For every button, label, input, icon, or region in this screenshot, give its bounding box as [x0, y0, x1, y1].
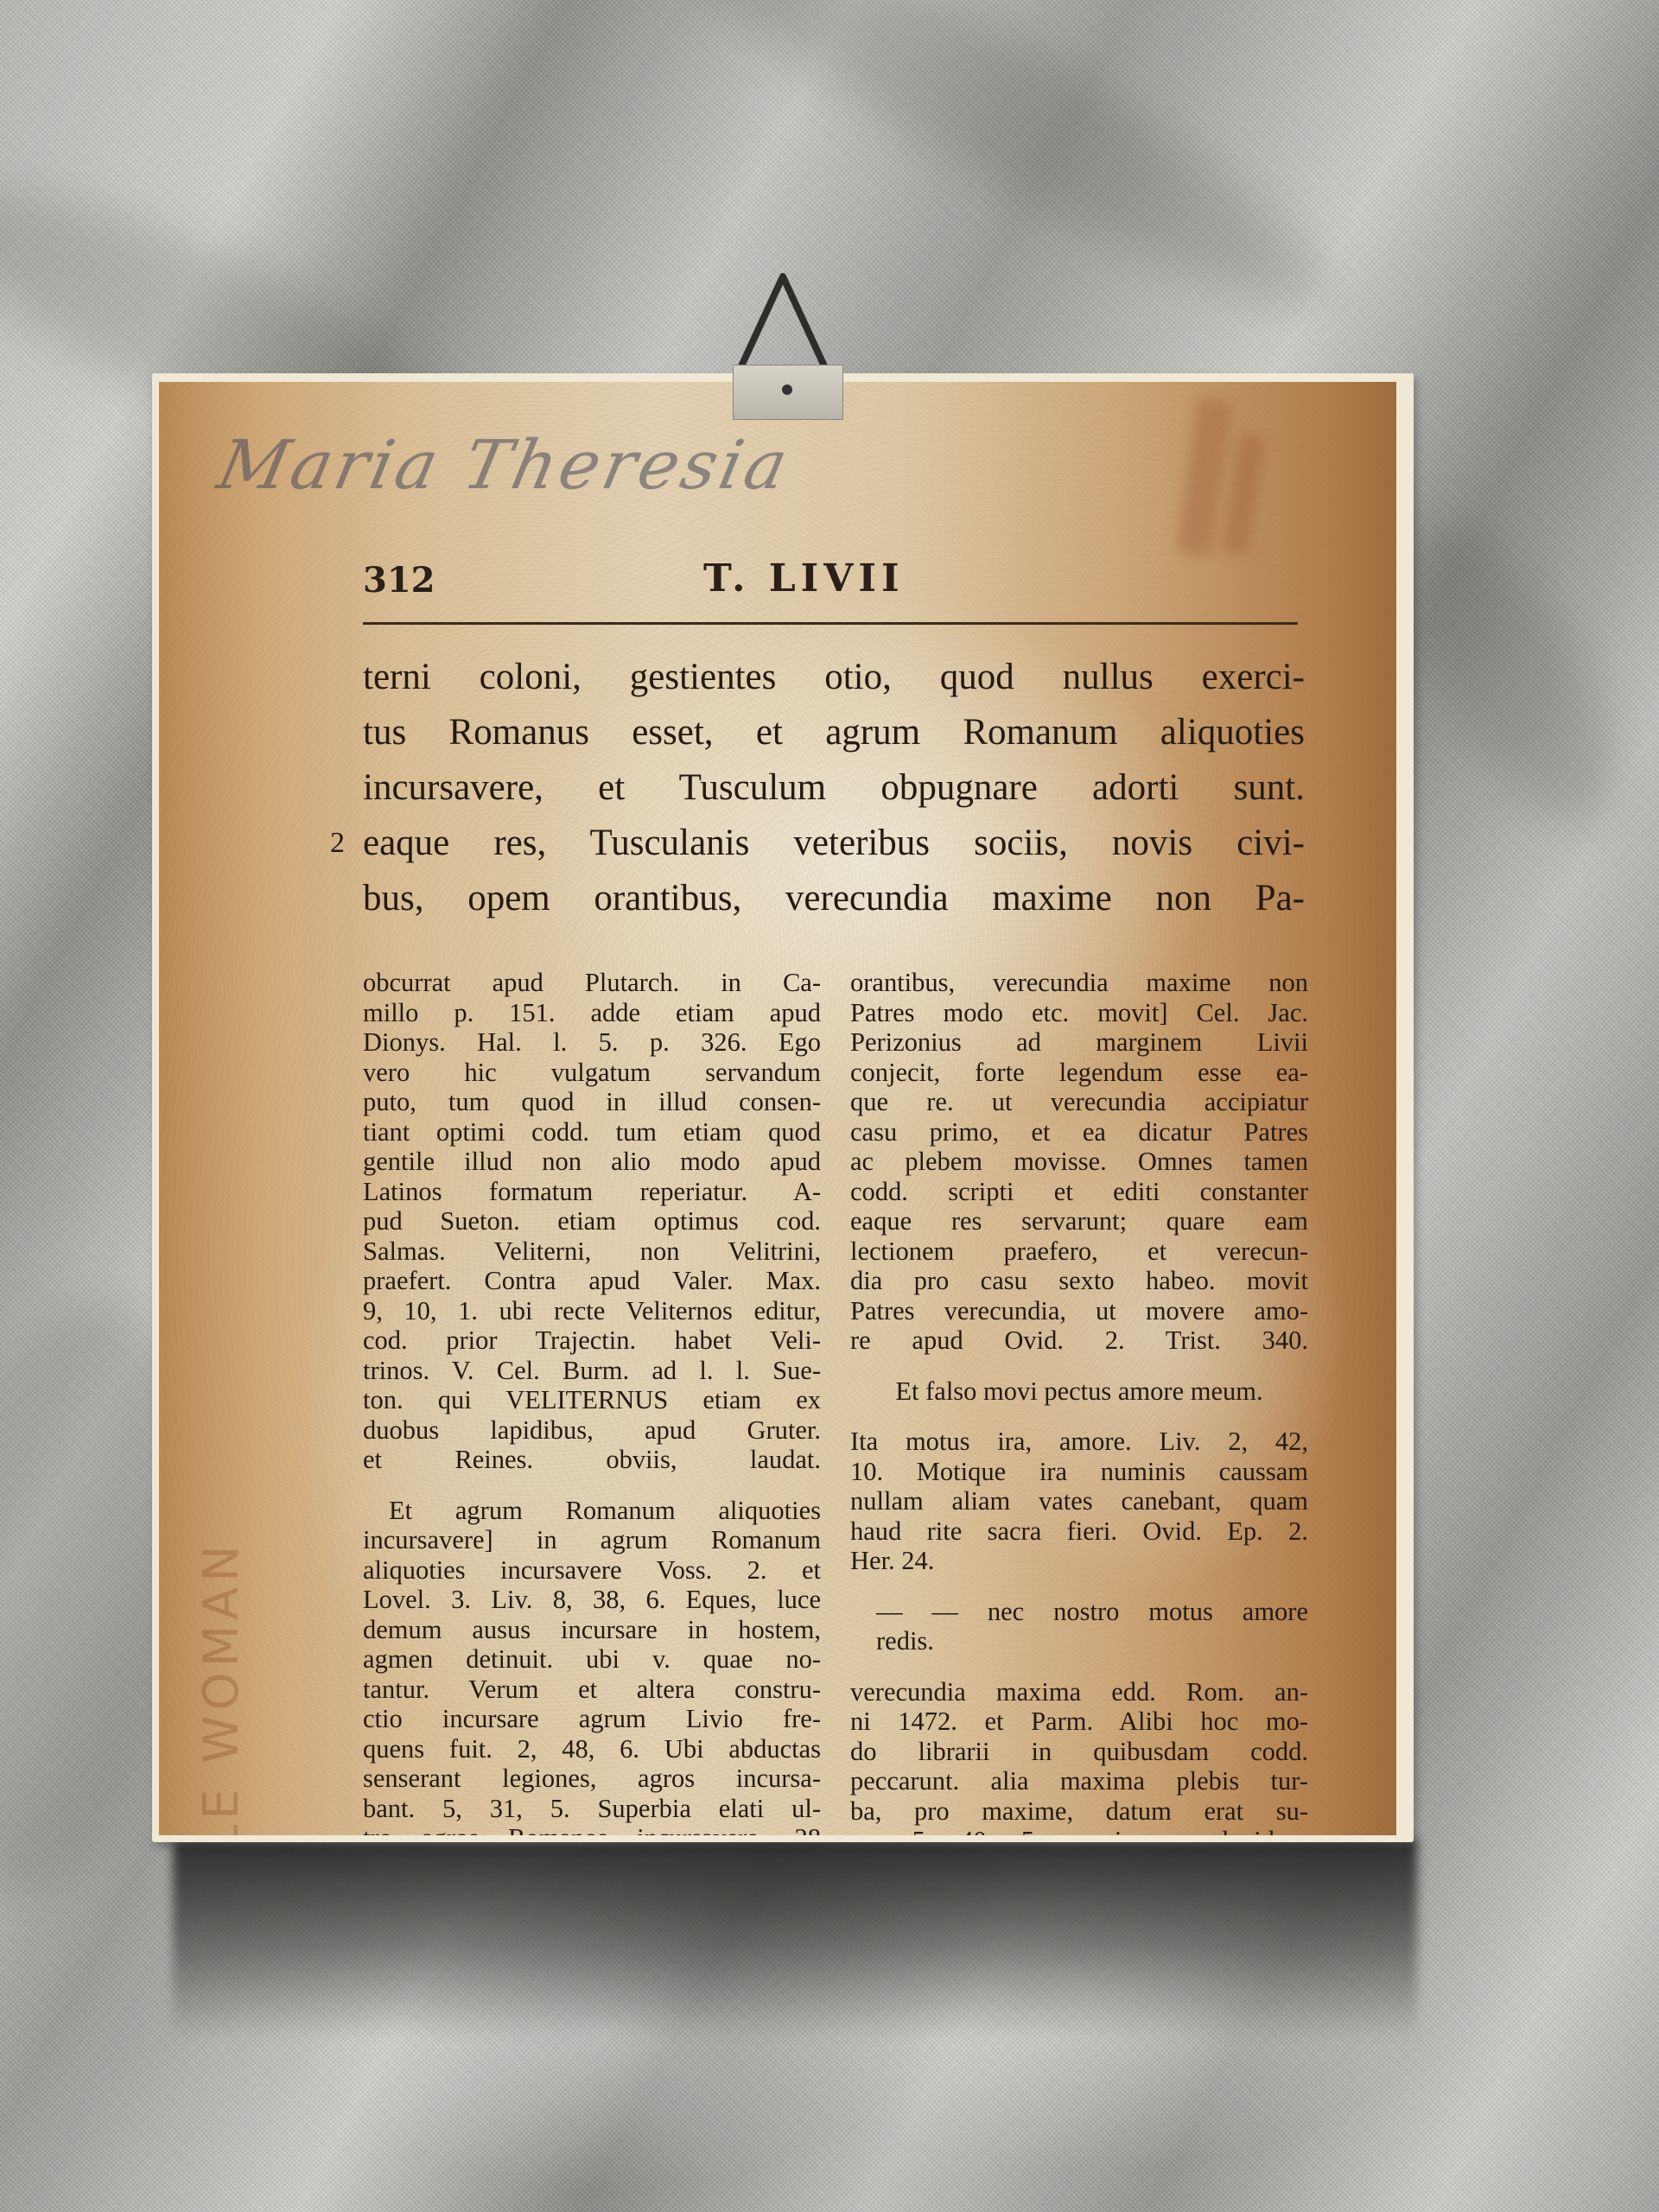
footnote-line: Et falso movi pectus amore meum. — [850, 1376, 1308, 1407]
footnote-line: senserant legiones, agros incursa- — [363, 1764, 821, 1794]
plaque-shadow — [173, 1840, 1417, 2039]
footnote-line: Perizonius ad marginem Livii — [850, 1027, 1308, 1058]
footnote-line: verecundia maxima edd. Rom. an- — [850, 1677, 1308, 1707]
footnote-line: trinos. V. Cel. Burm. ad l. l. Sue- — [363, 1356, 821, 1386]
footnote-line: puto, tum quod in illud consen- — [363, 1087, 821, 1117]
footnote-line: tiant optimi codd. tum etiam quod — [363, 1117, 821, 1147]
footnote-line: vero hic vulgatum servandum — [363, 1058, 821, 1088]
header-rule — [363, 622, 1298, 625]
footnote-line: cod. prior Trajectin. habet Veli- — [363, 1325, 821, 1356]
paragraph-gap — [850, 1656, 1308, 1677]
footnote-line: ni 1472. et Parm. Alibi hoc mo- — [850, 1707, 1308, 1737]
paragraph-gap — [850, 1576, 1308, 1597]
footnote-line: Patres modo etc. movit] Cel. Jac. — [850, 998, 1308, 1028]
paragraph-gap — [850, 1356, 1308, 1376]
footnote-line: agmen detinuit. ubi v. quae no- — [363, 1644, 821, 1675]
paragraph-gap — [363, 1475, 821, 1496]
footnote-line: redis. — [850, 1626, 1308, 1656]
paragraph-gap — [850, 1406, 1308, 1427]
footnote-line: ba, pro maxime, datum erat su- — [850, 1796, 1308, 1827]
footnote-line: 10. Motique ira numinis caussam — [850, 1457, 1308, 1487]
footnote-line: duobus lapidibus, apud Gruter. — [363, 1415, 821, 1446]
margin-number: 2 — [330, 816, 345, 871]
text-line: tus Romanus esset, et agrum Romanum aliq… — [363, 705, 1305, 760]
footnote-line: Et agrum Romanum aliquoties — [363, 1496, 821, 1526]
footnote-line: pra 5. 40. 5. maximoque lapidum — [850, 1826, 1308, 1835]
text-line: bus, opem orantibus, verecundia maxime n… — [363, 871, 1305, 926]
footnote-line: quens fuit. 2, 48, 6. Ubi abductas — [363, 1734, 821, 1764]
footnote-line: haud rite sacra fieri. Ovid. Ep. 2. — [850, 1516, 1308, 1547]
text-line: terni coloni, gestientes otio, quod null… — [363, 650, 1305, 705]
footnote-line: orantibus, verecundia maxime non — [850, 968, 1308, 998]
footnote-line: ctio incursare agrum Livio fre- — [363, 1704, 821, 1734]
footnote-line: pud Sueton. etiam optimus cod. — [363, 1206, 821, 1236]
footnote-line: demum ausus incursare in hostem, — [363, 1615, 821, 1645]
footnote-line: tro agros Romanos incursavere. 28 — [363, 1823, 821, 1835]
footnote-line: lectionem praefero, et verecun- — [850, 1236, 1308, 1267]
handwritten-signature: Maria Theresia — [211, 427, 797, 505]
footnote-line: re apud Ovid. 2. Trist. 340. — [850, 1325, 1308, 1356]
running-head: T. LIVII — [703, 556, 905, 601]
footnote-line: Patres verecundia, ut movere amo- — [850, 1296, 1308, 1326]
footnote-line: codd. scripti et editi constanter — [850, 1177, 1308, 1207]
footnote-line: — — nec nostro motus amore — [850, 1597, 1308, 1627]
book-page-plaque: Maria Theresia 312 T. LIVII terni coloni… — [152, 373, 1414, 1842]
footnote-line: peccarunt. alia maxima plebis tur- — [850, 1766, 1308, 1796]
printed-page: Maria Theresia 312 T. LIVII terni coloni… — [159, 382, 1396, 1835]
main-text: terni coloni, gestientes otio, quod null… — [363, 650, 1305, 926]
footnote-line: incursavere] in agrum Romanum — [363, 1525, 821, 1555]
faint-watermark: GENTLE WOMAN — [194, 1541, 250, 1835]
footnote-line: aliquoties incursavere Voss. 2. et — [363, 1555, 821, 1586]
footnote-line: nullam aliam vates canebant, quam — [850, 1486, 1308, 1516]
footnote-line: do librarii in quibusdam codd. — [850, 1737, 1308, 1767]
footnote-line: Dionys. Hal. l. 5. p. 326. Ego — [363, 1027, 821, 1058]
footnote-column-right: orantibus, verecundia maxime nonPatres m… — [850, 968, 1308, 1835]
footnote-line: que re. ut verecundia accipiatur — [850, 1087, 1308, 1117]
footnote-line: praefert. Contra apud Valer. Max. — [363, 1266, 821, 1296]
footnote-line: ton. qui VELITERNUS etiam ex — [363, 1385, 821, 1415]
footnote-line: casu primo, et ea dicatur Patres — [850, 1117, 1308, 1147]
footnote-line: 9, 10, 1. ubi recte Veliternos editur, — [363, 1296, 821, 1326]
footnote-line: ac plebem movisse. Omnes tamen — [850, 1147, 1308, 1177]
text-line: 2eaque res, Tusculanis veteribus sociis,… — [363, 816, 1305, 871]
footnote-column-left: obcurrat apud Plutarch. in Ca-millo p. 1… — [363, 968, 821, 1835]
footnote-line: bant. 5, 31, 5. Superbia elati ul- — [363, 1794, 821, 1824]
page-number: 312 — [363, 560, 435, 601]
footnote-line: Lovel. 3. Liv. 8, 38, 6. Eques, luce — [363, 1585, 821, 1615]
footnote-line: Ita motus ira, amore. Liv. 2, 42, — [850, 1427, 1308, 1457]
footnote-line: Salmas. Veliterni, non Velitrini, — [363, 1236, 821, 1267]
footnote-line: dia pro casu sexto habeo. movit — [850, 1266, 1308, 1296]
footnote-line: Latinos formatum reperiatur. A- — [363, 1177, 821, 1207]
footnote-line: gentile illud non alio modo apud — [363, 1147, 821, 1177]
footnote-line: tantur. Verum et altera constru- — [363, 1675, 821, 1705]
footnote-line: obcurrat apud Plutarch. in Ca- — [363, 968, 821, 998]
text-line: incursavere, et Tusculum obpugnare adort… — [363, 760, 1305, 816]
nail-hole — [782, 385, 792, 395]
footnote-line: conjecit, forte legendum esse ea- — [850, 1058, 1308, 1088]
footnote-line: et Reines. obviis, laudat. — [363, 1445, 821, 1475]
footnote-line: Her. 24. — [850, 1546, 1308, 1576]
footnote-line: millo p. 151. adde etiam apud — [363, 998, 821, 1028]
footnote-line: eaque res servarunt; quare eam — [850, 1206, 1308, 1236]
hanger-clip — [733, 365, 843, 420]
